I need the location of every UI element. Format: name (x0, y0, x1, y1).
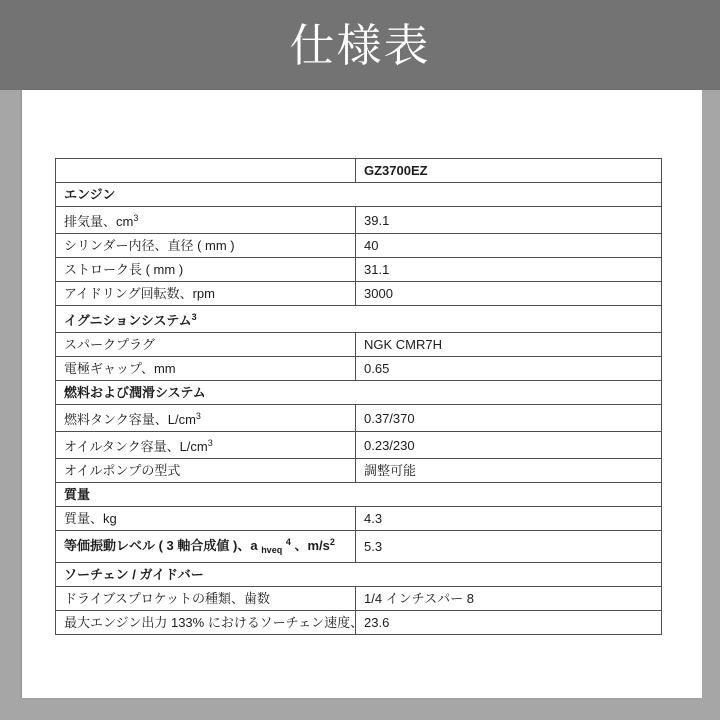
label-text: 燃料および潤滑システム (64, 385, 206, 400)
label-text: オイルポンプの型式 (64, 463, 180, 478)
label-text: アイドリング回転数、rpm (64, 286, 215, 301)
spec-value-cell: 39.1 (356, 207, 662, 234)
spec-row: 最大エンジン出力 133% におけるソーチェン速度、m/s23.6 (56, 611, 662, 635)
label-text: 排気量、cm (64, 214, 133, 229)
section-label-cell: イグニションシステム3 (56, 306, 662, 333)
label-text: 質量 (64, 487, 90, 502)
label-text: イグニションシステム (64, 313, 192, 328)
section-label-cell: ソーチェン / ガイドバー (56, 563, 662, 587)
label-superscript: 3 (133, 213, 138, 223)
model-header-row: GZ3700EZ (56, 159, 662, 183)
spec-label-cell: ドライブスプロケットの種類、歯数 (56, 587, 356, 611)
label-text: ストローク長 ( mm ) (64, 262, 183, 277)
spec-row: 燃料タンク容量、L/cm30.37/370 (56, 405, 662, 432)
label-text: 質量、kg (64, 511, 117, 526)
spec-row: 電極ギャップ、mm0.65 (56, 357, 662, 381)
content-panel: GZ3700EZ エンジン排気量、cm339.1シリンダー内径、直径 ( mm … (22, 90, 702, 698)
spec-value-cell: 0.37/370 (356, 405, 662, 432)
spec-row: ドライブスプロケットの種類、歯数1/4 インチスパー 8 (56, 587, 662, 611)
spec-label-cell: オイルタンク容量、L/cm3 (56, 432, 356, 459)
label-superscript: 3 (208, 438, 213, 448)
spec-value-cell: 31.1 (356, 258, 662, 282)
spec-row: 質量、kg4.3 (56, 507, 662, 531)
label-text: 、m/s (291, 538, 330, 553)
section-row: 質量 (56, 483, 662, 507)
spec-value-cell: 調整可能 (356, 459, 662, 483)
spec-label-cell: オイルポンプの型式 (56, 459, 356, 483)
label-suberscript: hveq (261, 545, 282, 555)
model-header-cell: GZ3700EZ (356, 159, 662, 183)
spec-label-cell: 排気量、cm3 (56, 207, 356, 234)
spec-value-cell: NGK CMR7H (356, 333, 662, 357)
spec-label-cell: 最大エンジン出力 133% におけるソーチェン速度、m/s (56, 611, 356, 635)
label-superscript: 3 (196, 411, 201, 421)
spec-value-cell: 4.3 (356, 507, 662, 531)
spec-row: 等価振動レベル ( 3 軸合成値 )、a hveq 4 、m/s25.3 (56, 531, 662, 563)
spec-row: オイルポンプの型式調整可能 (56, 459, 662, 483)
spec-table: GZ3700EZ エンジン排気量、cm339.1シリンダー内径、直径 ( mm … (55, 158, 662, 635)
spec-value-cell: 5.3 (356, 531, 662, 563)
spec-row: 排気量、cm339.1 (56, 207, 662, 234)
spec-label-cell: ストローク長 ( mm ) (56, 258, 356, 282)
label-text: 電極ギャップ、mm (64, 361, 176, 376)
label-text: シリンダー内径、直径 ( mm ) (64, 238, 235, 253)
spec-label-cell: スパークプラグ (56, 333, 356, 357)
spec-value-cell: 23.6 (356, 611, 662, 635)
section-row: エンジン (56, 183, 662, 207)
section-row: 燃料および潤滑システム (56, 381, 662, 405)
spec-row: スパークプラグNGK CMR7H (56, 333, 662, 357)
spec-label-cell: シリンダー内径、直径 ( mm ) (56, 234, 356, 258)
label-text: スパークプラグ (64, 337, 155, 352)
section-label-cell: 質量 (56, 483, 662, 507)
section-row: ソーチェン / ガイドバー (56, 563, 662, 587)
spec-value-cell: 3000 (356, 282, 662, 306)
section-label-cell: 燃料および潤滑システム (56, 381, 662, 405)
label-superscript: 3 (192, 312, 197, 322)
spec-label-cell: 等価振動レベル ( 3 軸合成値 )、a hveq 4 、m/s2 (56, 531, 356, 563)
page-title: 仕様表 (289, 23, 430, 68)
spec-row: ストローク長 ( mm )31.1 (56, 258, 662, 282)
spec-label-cell: 質量、kg (56, 507, 356, 531)
spec-row: シリンダー内径、直径 ( mm )40 (56, 234, 662, 258)
spec-label-cell: 電極ギャップ、mm (56, 357, 356, 381)
section-label-cell: エンジン (56, 183, 662, 207)
spec-row: アイドリング回転数、rpm3000 (56, 282, 662, 306)
spec-value-cell: 1/4 インチスパー 8 (356, 587, 662, 611)
spec-row: オイルタンク容量、L/cm30.23/230 (56, 432, 662, 459)
label-text: 等価振動レベル ( 3 軸合成値 )、a (64, 538, 261, 553)
section-row: イグニションシステム3 (56, 306, 662, 333)
label-text: 最大エンジン出力 133% におけるソーチェン速度、m/s (64, 615, 356, 630)
spec-label-cell: アイドリング回転数、rpm (56, 282, 356, 306)
label-text: エンジン (64, 187, 115, 202)
label-text: 燃料タンク容量、L/cm (64, 412, 196, 427)
spec-table-body: エンジン排気量、cm339.1シリンダー内径、直径 ( mm )40ストローク長… (56, 183, 662, 635)
spec-label-cell: 燃料タンク容量、L/cm3 (56, 405, 356, 432)
spec-value-cell: 0.23/230 (356, 432, 662, 459)
label-text: ソーチェン / ガイドバー (64, 567, 204, 582)
label-text: オイルタンク容量、L/cm (64, 439, 208, 454)
spec-value-cell: 0.65 (356, 357, 662, 381)
label-superscript: 2 (330, 537, 335, 547)
spec-value-cell: 40 (356, 234, 662, 258)
header-empty-cell (56, 159, 356, 183)
header-band: 仕様表 (0, 0, 720, 90)
label-text: ドライブスプロケットの種類、歯数 (64, 591, 270, 606)
